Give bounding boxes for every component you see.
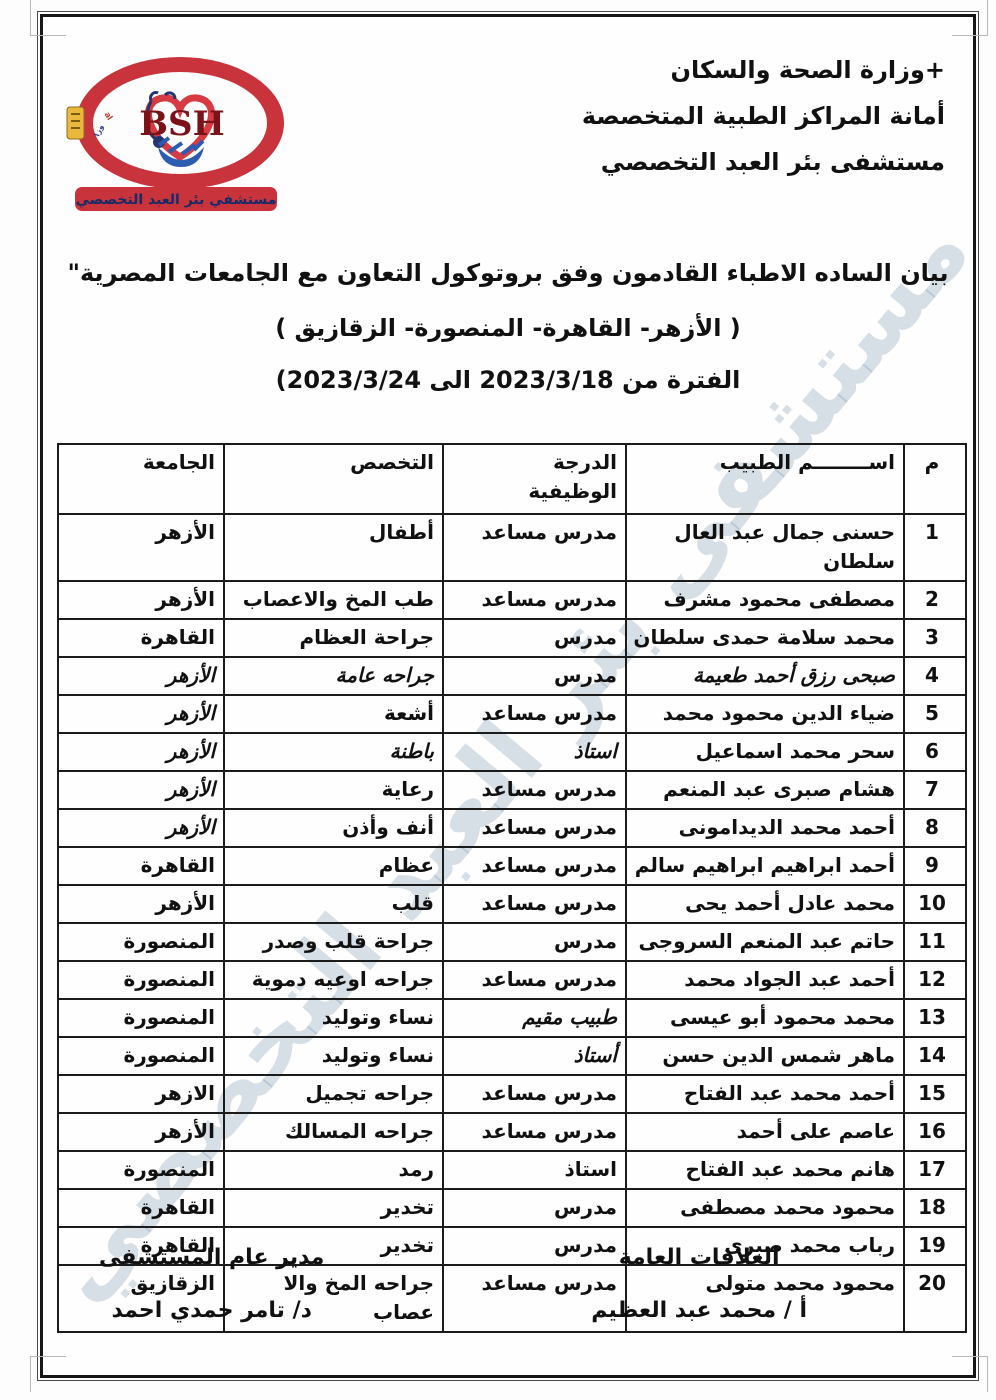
hospital-director-signature: مدير عام المستشفى د/ تامر حمدي احمد <box>99 1245 324 1323</box>
doctor-name: محمد عادل أحمد يحى <box>626 885 904 923</box>
row-number: 10 <box>904 885 966 923</box>
table-row: 12أحمد عبد الجواد محمدمدرس مساعدجراحه او… <box>58 961 966 999</box>
job-grade: مدرس مساعد <box>443 961 626 999</box>
university: الأزهر <box>58 657 224 695</box>
doctor-name: سحر محمد اسماعيل <box>626 733 904 771</box>
hospital-director-title: مدير عام المستشفى <box>99 1245 324 1270</box>
job-grade: أستاذ <box>443 1037 626 1075</box>
table-row: 15أحمد محمد عبد الفتاحمدرس مساعدجراحه تج… <box>58 1075 966 1113</box>
row-number: 4 <box>904 657 966 695</box>
document-title: بيان الساده الاطباء القادمون وفق بروتوكو… <box>43 259 973 394</box>
specialty: قلب <box>224 885 443 923</box>
university: المنصورة <box>58 1151 224 1189</box>
doctor-name: عاصم على أحمد <box>626 1113 904 1151</box>
row-number: 1 <box>904 514 966 581</box>
row-number: 19 <box>904 1227 966 1265</box>
table-row: 11حاتم عبد المنعم السروجىمدرسجراحة قلب و… <box>58 923 966 961</box>
row-number: 13 <box>904 999 966 1037</box>
doctor-name: أحمد محمد الديدامونى <box>626 809 904 847</box>
doctor-name: أحمد عبد الجواد محمد <box>626 961 904 999</box>
row-number: 14 <box>904 1037 966 1075</box>
header-number: م <box>904 444 966 514</box>
row-number: 6 <box>904 733 966 771</box>
job-grade: استاذ <box>443 733 626 771</box>
org-header: +وزارة الصحة والسكان أمانة المراكز الطبي… <box>582 47 945 185</box>
table-row: 16عاصم على أحمدمدرس مساعدجراحه المسالكال… <box>58 1113 966 1151</box>
specialty: جراحه عامة <box>224 657 443 695</box>
crop-mark <box>952 0 988 36</box>
job-grade: مدرس <box>443 619 626 657</box>
specialty: أطفال <box>224 514 443 581</box>
logo-banner-text: مستشفي بئر العبد التخصصي <box>76 192 277 208</box>
table-row: 17هانم محمد عبد الفتاحاستاذرمدالمنصورة <box>58 1151 966 1189</box>
doctor-name: محمد سلامة حمدى سلطان <box>626 619 904 657</box>
doctor-name: هانم محمد عبد الفتاح <box>626 1151 904 1189</box>
university: الازهر <box>58 1075 224 1113</box>
specialty: نساء وتوليد <box>224 1037 443 1075</box>
row-number: 11 <box>904 923 966 961</box>
job-grade: مدرس مساعد <box>443 809 626 847</box>
row-number: 18 <box>904 1189 966 1227</box>
table-row: 1حسنى جمال عبد العال سلطانمدرس مساعدأطفا… <box>58 514 966 581</box>
university: الأزهر <box>58 809 224 847</box>
job-grade: مدرس مساعد <box>443 514 626 581</box>
job-grade: استاذ <box>443 1151 626 1189</box>
doctor-name: أحمد محمد عبد الفتاح <box>626 1075 904 1113</box>
specialty: رعاية <box>224 771 443 809</box>
header-job-grade: الدرجة الوظيفية <box>443 444 626 514</box>
document-scan: { "colors": { "accent_red": "#c8333c", "… <box>0 0 996 1400</box>
doctor-name: حسنى جمال عبد العال سلطان <box>626 514 904 581</box>
row-number: 5 <box>904 695 966 733</box>
job-grade: مدرس مساعد <box>443 885 626 923</box>
doctor-name: محمد محمود أبو عيسى <box>626 999 904 1037</box>
table-row: 8أحمد محمد الديدامونىمدرس مساعدأنف وأذنا… <box>58 809 966 847</box>
university: الأزهر <box>58 733 224 771</box>
doctor-name: مصطفى محمود مشرف <box>626 581 904 619</box>
row-number: 7 <box>904 771 966 809</box>
doctor-name: محمود محمد مصطفى <box>626 1189 904 1227</box>
university: القاهرة <box>58 619 224 657</box>
job-grade: مدرس مساعد <box>443 1113 626 1151</box>
university: الأزهر <box>58 771 224 809</box>
header-row: م اســــــــم الطبيب الدرجة الوظيفية الت… <box>58 444 966 514</box>
job-grade: طبيب مقيم <box>443 999 626 1037</box>
header-university: الجامعة <box>58 444 224 514</box>
job-grade: مدرس <box>443 1189 626 1227</box>
table-row: 18محمود محمد مصطفىمدرستخديرالقاهرة <box>58 1189 966 1227</box>
row-number: 8 <box>904 809 966 847</box>
job-grade: مدرس مساعد <box>443 695 626 733</box>
table-row: 14ماهر شمس الدين حسنأستاذنساء وتوليدالمن… <box>58 1037 966 1075</box>
doctors-table-header: م اســــــــم الطبيب الدرجة الوظيفية الت… <box>58 444 966 514</box>
university: الأزهر <box>58 1113 224 1151</box>
header-specialty: التخصص <box>224 444 443 514</box>
row-number: 16 <box>904 1113 966 1151</box>
university: الأزهر <box>58 514 224 581</box>
table-row: 7هشام صبرى عبد المنعممدرس مساعدرعايةالأز… <box>58 771 966 809</box>
university: القاهرة <box>58 847 224 885</box>
row-number: 3 <box>904 619 966 657</box>
public-relations-title: العلاقات العامة <box>591 1245 807 1270</box>
job-grade: مدرس <box>443 657 626 695</box>
public-relations-signature: العلاقات العامة أ / محمد عبد العظيم <box>591 1245 807 1323</box>
table-row: 9أحمد ابراهيم ابراهيم سالممدرس مساعدعظام… <box>58 847 966 885</box>
specialty: جراحه اوعيه دموية <box>224 961 443 999</box>
specialty: أنف وأذن <box>224 809 443 847</box>
ministry-line: +وزارة الصحة والسكان <box>582 47 945 93</box>
title-period: الفترة من 2023/3/18 الى 2023/3/24) <box>43 366 973 394</box>
row-number: 20 <box>904 1265 966 1332</box>
table-row: 4صبحى رزق أحمد طعيمةمدرسجراحه عامةالأزهر <box>58 657 966 695</box>
doctors-table-body: 1حسنى جمال عبد العال سلطانمدرس مساعدأطفا… <box>58 514 966 1332</box>
crop-mark <box>952 1356 988 1392</box>
specialty: تخدير <box>224 1189 443 1227</box>
university: القاهرة <box>58 1189 224 1227</box>
specialty: جراحه تجميل <box>224 1075 443 1113</box>
row-number: 17 <box>904 1151 966 1189</box>
doctor-name: أحمد ابراهيم ابراهيم سالم <box>626 847 904 885</box>
specialty: طب المخ والاعصاب <box>224 581 443 619</box>
crop-mark <box>30 0 66 36</box>
page-frame: وزارة الصحة والسكان ـ امانة المراكز الطب… <box>40 14 976 1378</box>
row-number: 12 <box>904 961 966 999</box>
university: الأزهر <box>58 695 224 733</box>
hospital-line: مستشفى بئر العبد التخصصي <box>582 139 945 185</box>
specialty: أشعة <box>224 695 443 733</box>
hospital-director-name: د/ تامر حمدي احمد <box>99 1298 324 1323</box>
job-grade: مدرس مساعد <box>443 847 626 885</box>
doctor-name: حاتم عبد المنعم السروجى <box>626 923 904 961</box>
table-row: 5ضياء الدين محمود محمدمدرس مساعدأشعةالأز… <box>58 695 966 733</box>
title-universities: ( الأزهر- القاهرة- المنصورة- الزقازيق ) <box>43 314 973 342</box>
doctor-name: ماهر شمس الدين حسن <box>626 1037 904 1075</box>
job-grade: مدرس <box>443 923 626 961</box>
job-grade: مدرس مساعد <box>443 581 626 619</box>
row-number: 2 <box>904 581 966 619</box>
hospital-logo-graphic: وزارة الصحة والسكان ـ امانة المراكز الطب… <box>61 51 289 213</box>
job-grade: مدرس مساعد <box>443 1075 626 1113</box>
logo-monogram: BSH <box>139 104 224 144</box>
table-row: 10محمد عادل أحمد يحىمدرس مساعدقلبالأزهر <box>58 885 966 923</box>
university: الأزهر <box>58 581 224 619</box>
egypt-emblem-icon <box>67 107 84 139</box>
row-number: 15 <box>904 1075 966 1113</box>
table-row: 2مصطفى محمود مشرفمدرس مساعدطب المخ والاع… <box>58 581 966 619</box>
specialty: باطنة <box>224 733 443 771</box>
job-grade: مدرس مساعد <box>443 771 626 809</box>
row-number: 9 <box>904 847 966 885</box>
secretariat-line: أمانة المراكز الطبية المتخصصة <box>582 93 945 139</box>
doctor-name: ضياء الدين محمود محمد <box>626 695 904 733</box>
table-row: 13محمد محمود أبو عيسىطبيب مقيمنساء وتولي… <box>58 999 966 1037</box>
specialty: جراحة العظام <box>224 619 443 657</box>
university: المنصورة <box>58 961 224 999</box>
header-doctor-name: اســــــــم الطبيب <box>626 444 904 514</box>
public-relations-name: أ / محمد عبد العظيم <box>591 1298 807 1323</box>
specialty: رمد <box>224 1151 443 1189</box>
crop-mark <box>30 1356 66 1392</box>
doctors-table: م اســــــــم الطبيب الدرجة الوظيفية الت… <box>57 443 967 1333</box>
hospital-logo: وزارة الصحة والسكان ـ امانة المراكز الطب… <box>61 51 289 217</box>
doctor-name: هشام صبرى عبد المنعم <box>626 771 904 809</box>
university: المنصورة <box>58 923 224 961</box>
specialty: عظام <box>224 847 443 885</box>
specialty: جراحة قلب وصدر <box>224 923 443 961</box>
specialty: جراحه المسالك <box>224 1113 443 1151</box>
university: المنصورة <box>58 999 224 1037</box>
table-row: 6سحر محمد اسماعيلاستاذباطنةالأزهر <box>58 733 966 771</box>
specialty: نساء وتوليد <box>224 999 443 1037</box>
doctor-name: صبحى رزق أحمد طعيمة <box>626 657 904 695</box>
university: المنصورة <box>58 1037 224 1075</box>
title-statement: بيان الساده الاطباء القادمون وفق بروتوكو… <box>43 259 973 287</box>
university: الأزهر <box>58 885 224 923</box>
table-row: 3محمد سلامة حمدى سلطانمدرسجراحة العظامال… <box>58 619 966 657</box>
